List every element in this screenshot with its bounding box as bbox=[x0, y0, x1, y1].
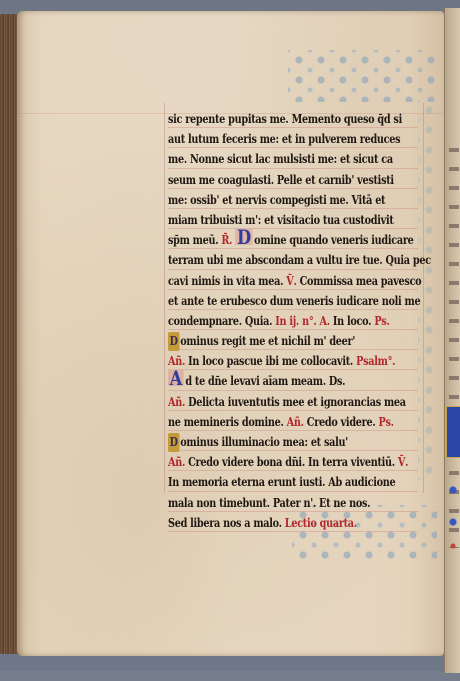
text-line: Dominus illuminacio mea: et salu' bbox=[168, 431, 418, 451]
text-segment: Commissa mea pavesco bbox=[300, 274, 422, 288]
facing-page-edge bbox=[444, 8, 460, 673]
text-line: Sed libera nos a malo. Lectio quarta. bbox=[168, 512, 418, 532]
text-line: ne memineris domine. Añ. Credo videre. P… bbox=[168, 411, 418, 431]
text-segment: Credo videre. bbox=[307, 415, 379, 429]
line-text: me: ossib' et nervis compegisti me. Vitā… bbox=[168, 191, 385, 210]
rubric: V̄. bbox=[286, 274, 299, 288]
text-segment: In loco pascue ibi me collocavit. bbox=[188, 354, 356, 368]
facing-page-blue-initial-icon bbox=[446, 406, 460, 458]
text-segment: In loco. bbox=[333, 314, 374, 328]
text-line: sp̄m meū. R̄. Domine quando veneris iudi… bbox=[168, 229, 418, 249]
line-text: Dominus regit me et nichil m' deer' bbox=[168, 332, 355, 351]
text-block: sic repente pupitas me. Memento queso q̄… bbox=[168, 108, 418, 532]
red-blue-initial-icon: A bbox=[168, 370, 184, 386]
line-text: seum me coagulasti. Pelle et carnib' ves… bbox=[168, 171, 394, 190]
line-text: Añ. Delicta iuventutis mee et ignorancia… bbox=[168, 393, 406, 412]
text-segment: In memoria eterna erunt iusti. Ab audici… bbox=[168, 475, 395, 489]
text-line: sic repente pupitas me. Memento queso q̄… bbox=[168, 108, 418, 128]
text-segment: terram ubi me abscondam a vultu ire tue.… bbox=[168, 253, 431, 267]
rubric: In ij. n°. A. bbox=[275, 314, 333, 328]
line-text: miam tribuisti m': et visitacio tua cust… bbox=[168, 211, 394, 230]
text-line: me. Nonne sicut lac mulsisti me: et sicu… bbox=[168, 148, 418, 168]
facing-page-floral-icon bbox=[447, 478, 459, 558]
text-segment: ne memineris domine. bbox=[168, 415, 287, 429]
text-line: condempnare. Quia. In ij. n°. A. In loco… bbox=[168, 310, 418, 330]
line-text: aut lutum feceris me: et in pulverem red… bbox=[168, 130, 400, 149]
text-line: miam tribuisti m': et visitacio tua cust… bbox=[168, 209, 418, 229]
line-text: condempnare. Quia. In ij. n°. A. In loco… bbox=[168, 312, 390, 331]
floral-border-top-icon bbox=[288, 50, 438, 102]
gold-initial-icon: D bbox=[168, 433, 179, 452]
text-segment: ominus illuminacio mea: et salu' bbox=[180, 435, 348, 449]
rubric: Añ. bbox=[168, 455, 188, 469]
text-line: Añ. Credo videre bona dn̄i. In terra viv… bbox=[168, 451, 418, 471]
text-line: In memoria eterna erunt iusti. Ab audici… bbox=[168, 471, 418, 491]
rubric: R̄. bbox=[221, 233, 235, 247]
rubric: Ps. bbox=[374, 314, 389, 328]
background-bottom bbox=[0, 671, 460, 681]
text-line: Ad te dn̄e levavi aīam meam. Ds. bbox=[168, 370, 418, 390]
text-line: Añ. Delicta iuventutis mee et ignorancia… bbox=[168, 391, 418, 411]
text-segment: sp̄m meū. bbox=[168, 233, 221, 247]
rubric: Psalm°. bbox=[356, 354, 395, 368]
line-text: Ad te dn̄e levavi aīam meam. Ds. bbox=[168, 370, 345, 391]
text-line: aut lutum feceris me: et in pulverem red… bbox=[168, 128, 418, 148]
text-segment: Delicta iuventutis mee et ignorancias me… bbox=[188, 395, 406, 409]
rubric: Añ. bbox=[168, 395, 188, 409]
line-text: Añ. In loco pascue ibi me collocavit. Ps… bbox=[168, 352, 395, 371]
line-text: ne memineris domine. Añ. Credo videre. P… bbox=[168, 413, 394, 432]
blue-initial-icon: D bbox=[235, 229, 252, 245]
text-segment: seum me coagulasti. Pelle et carnib' ves… bbox=[168, 173, 394, 187]
text-line: terram ubi me abscondam a vultu ire tue.… bbox=[168, 249, 418, 269]
text-segment: me: ossib' et nervis compegisti me. Vitā… bbox=[168, 193, 385, 207]
text-segment: et ante te erubesco dum veneris iudicare… bbox=[168, 294, 420, 308]
text-segment: condempnare. Quia. bbox=[168, 314, 275, 328]
line-text: mala non timebunt. Pater n'. Et ne nos. bbox=[168, 494, 370, 513]
line-text: me. Nonne sicut lac mulsisti me: et sicu… bbox=[168, 150, 393, 169]
rubric: Añ. bbox=[287, 415, 307, 429]
line-text: In memoria eterna erunt iusti. Ab audici… bbox=[168, 473, 395, 492]
text-segment: ominus regit me et nichil m' deer' bbox=[180, 334, 355, 348]
text-line: mala non timebunt. Pater n'. Et ne nos. bbox=[168, 492, 418, 512]
text-line: Añ. In loco pascue ibi me collocavit. Ps… bbox=[168, 350, 418, 370]
text-segment: Memento queso q̄d si bbox=[292, 112, 402, 126]
text-segment: d te dn̄e levavi aīam meam. Ds. bbox=[185, 374, 345, 388]
rubric: Ps. bbox=[379, 415, 394, 429]
text-segment: aut lutum feceris me: et in pulverem red… bbox=[168, 132, 400, 146]
text-line: me: ossib' et nervis compegisti me. Vitā… bbox=[168, 189, 418, 209]
rubric: Lectio quarta. bbox=[285, 516, 357, 530]
line-text: Sed libera nos a malo. Lectio quarta. bbox=[168, 514, 357, 533]
line-text: sic repente pupitas me. Memento queso q̄… bbox=[168, 110, 402, 129]
text-segment: sic repente pupitas me. bbox=[168, 112, 292, 126]
text-segment: mala non timebunt. Pater n'. Et ne nos. bbox=[168, 496, 370, 510]
line-text: terram ubi me abscondam a vultu ire tue.… bbox=[168, 251, 431, 270]
gold-initial-icon: D bbox=[168, 332, 179, 351]
text-segment: cavi nimis in vita mea. bbox=[168, 274, 286, 288]
text-segment: Sed libera nos a malo. bbox=[168, 516, 285, 530]
text-segment: Credo videre bona dn̄i. In terra viventi… bbox=[188, 455, 398, 469]
stacked-leaf-edges bbox=[0, 14, 18, 654]
text-segment: miam tribuisti m': et visitacio tua cust… bbox=[168, 213, 394, 227]
line-text: cavi nimis in vita mea. V̄. Commissa mea… bbox=[168, 272, 421, 291]
text-line: cavi nimis in vita mea. V̄. Commissa mea… bbox=[168, 270, 418, 290]
line-text: sp̄m meū. R̄. Domine quando veneris iudi… bbox=[168, 229, 414, 250]
rubric: V̄. bbox=[398, 455, 408, 469]
text-line: et ante te erubesco dum veneris iudicare… bbox=[168, 290, 418, 310]
line-text: et ante te erubesco dum veneris iudicare… bbox=[168, 292, 420, 311]
line-text: Añ. Credo videre bona dn̄i. In terra viv… bbox=[168, 453, 408, 472]
text-segment: omine quando veneris iudicare bbox=[254, 233, 413, 247]
line-text: Dominus illuminacio mea: et salu' bbox=[168, 433, 348, 452]
text-line: Dominus regit me et nichil m' deer' bbox=[168, 330, 418, 350]
text-line: seum me coagulasti. Pelle et carnib' ves… bbox=[168, 169, 418, 189]
text-segment: me. Nonne sicut lac mulsisti me: et sicu… bbox=[168, 152, 393, 166]
